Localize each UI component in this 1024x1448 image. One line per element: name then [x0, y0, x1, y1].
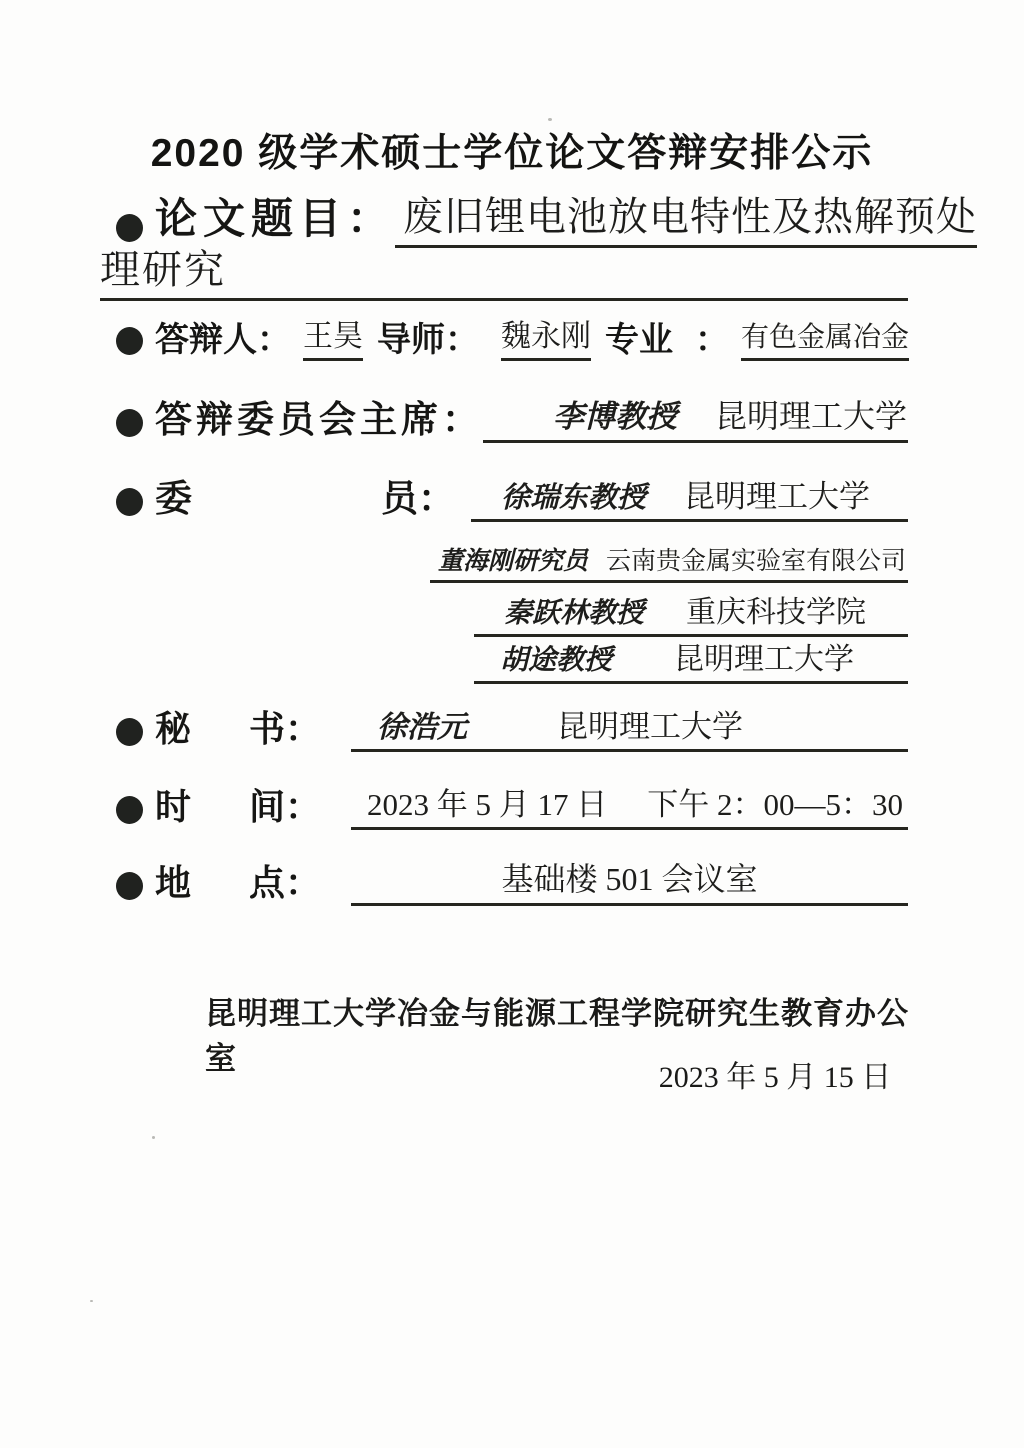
thesis-title-label: 论文题目：	[155, 186, 395, 246]
time-date: 2023 年 5 月 17 日	[367, 787, 607, 822]
advisor-name: 魏永刚	[501, 311, 591, 361]
chair-name: 李博教授	[553, 399, 677, 434]
committee-member-row: 秦跃林教授 重庆科技学院	[474, 597, 908, 637]
secretary-affiliation: 昆明理工大学	[557, 709, 743, 744]
committee-member-row: 董海刚研究员 云南贵金属实验室有限公司	[430, 547, 908, 583]
secretary-label-left: 秘	[155, 701, 191, 752]
scan-speck	[90, 1300, 93, 1302]
time-row: 时 间： 2023 年 5 月 17 日下午 2：00—5：30	[100, 784, 908, 830]
time-label-right: 间：	[249, 779, 321, 830]
member-1-name: 徐瑞东教授	[501, 482, 646, 514]
secretary-value: 徐浩元昆明理工大学	[351, 701, 908, 752]
members-label: 委 员：	[155, 468, 455, 522]
chair-value: 李博教授昆明理工大学	[483, 391, 908, 443]
bullet-icon	[116, 872, 143, 900]
secretary-name: 徐浩元	[377, 711, 467, 744]
bullet-icon	[116, 327, 143, 355]
scanned-document-page: 2020 级学术硕士学位论文答辩安排公示 论文题目： 废旧锂电池放电特性及热解预…	[0, 0, 1024, 1448]
chair-label: 答辩委员会主席：	[155, 389, 483, 443]
member-3-affiliation: 重庆科技学院	[686, 587, 866, 631]
bullet-icon	[116, 488, 143, 516]
major-label: 专业	[605, 312, 673, 361]
committee-chair-row: 答辩委员会主席： 李博教授昆明理工大学	[100, 393, 908, 443]
members-label-left: 委	[155, 468, 192, 522]
bullet-icon	[116, 718, 143, 746]
place-value-text: 基础楼 501 会议室	[501, 854, 757, 900]
time-range: 下午 2：00—5：30	[647, 787, 903, 822]
committee-member-row: 胡途教授 昆明理工大学	[474, 644, 908, 684]
place-value: 基础楼 501 会议室	[351, 854, 908, 906]
defender-name: 王昊	[303, 311, 363, 361]
member-4-name: 胡途教授	[500, 638, 612, 678]
footer-date: 2023 年 5 月 15 日	[655, 1052, 895, 1096]
scan-speck	[548, 118, 552, 121]
members-label-right: 员：	[381, 468, 455, 522]
member-2-name: 董海刚研究员	[438, 541, 588, 577]
chair-affiliation: 昆明理工大学	[715, 398, 907, 434]
secretary-label: 秘 书：	[155, 701, 321, 752]
time-label: 时 间：	[155, 779, 321, 830]
member-1: 徐瑞东教授昆明理工大学	[471, 471, 908, 522]
scan-speck	[152, 1136, 155, 1139]
major-value: 有色金属冶金	[741, 315, 909, 361]
place-row: 地 点： 基础楼 501 会议室	[100, 860, 908, 906]
thesis-title-line2-text: 理研究	[100, 238, 226, 295]
bullet-icon	[116, 796, 143, 824]
secretary-row: 秘 书： 徐浩元昆明理工大学	[100, 706, 908, 752]
major-colon: ：	[695, 312, 729, 361]
member-1-affiliation: 昆明理工大学	[684, 479, 870, 514]
bullet-icon	[116, 409, 143, 437]
document-title: 2020 级学术硕士学位论文答辩安排公示	[0, 122, 1024, 178]
defender-label: 答辩人：	[155, 312, 291, 361]
member-2-affiliation: 云南贵金属实验室有限公司	[606, 541, 906, 577]
defender-row: 答辩人： 王昊 导师： 魏永刚 专业 ： 有色金属冶金	[100, 315, 908, 361]
place-label-left: 地	[155, 855, 191, 906]
time-label-left: 时	[155, 779, 191, 830]
member-3-name: 秦跃林教授	[504, 591, 644, 631]
advisor-label: 导师：	[377, 312, 479, 361]
place-label: 地 点：	[155, 855, 321, 906]
committee-member-row: 委 员： 徐瑞东教授昆明理工大学	[100, 472, 908, 522]
time-value: 2023 年 5 月 17 日下午 2：00—5：30	[351, 779, 908, 830]
place-label-right: 点：	[249, 855, 321, 906]
member-4-affiliation: 昆明理工大学	[674, 634, 854, 678]
secretary-label-right: 书：	[249, 701, 321, 752]
thesis-title-line2: 理研究	[100, 245, 908, 301]
thesis-title-line1: 废旧锂电池放电特性及热解预处	[395, 185, 977, 248]
